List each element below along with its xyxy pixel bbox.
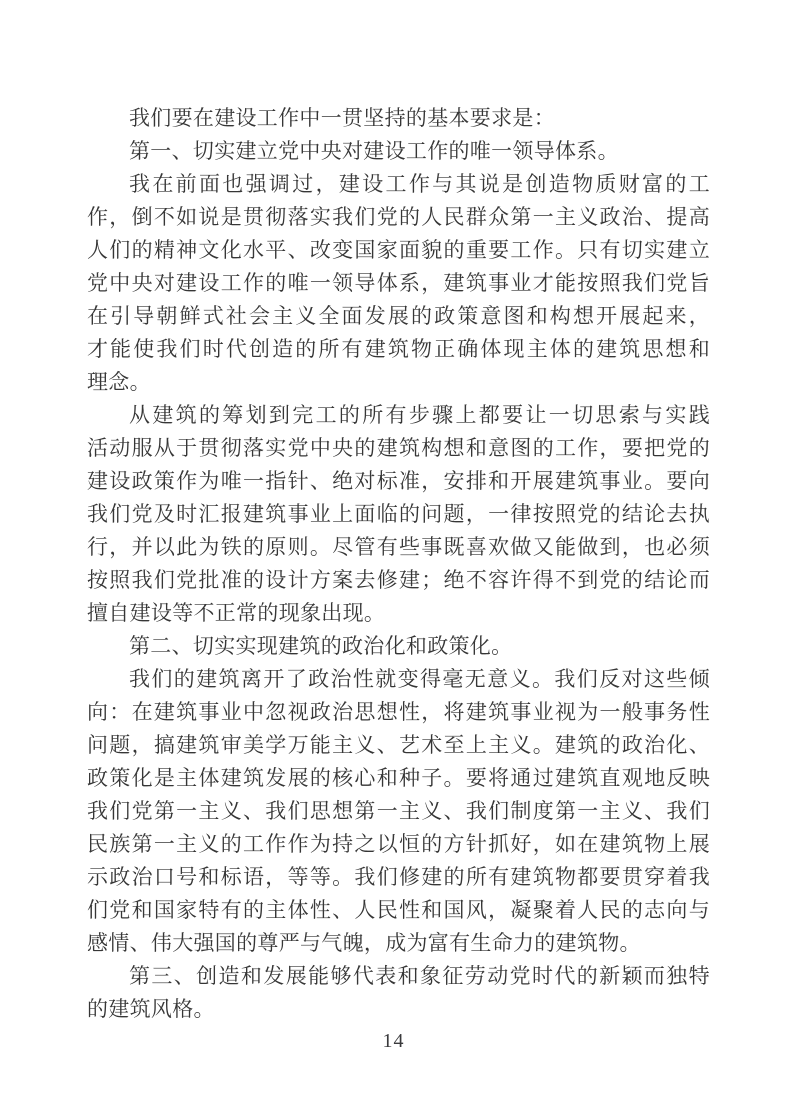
- text-line: 理念。: [87, 366, 710, 399]
- text-line: 我们要在建设工作中一贯坚持的基本要求是：: [87, 102, 710, 135]
- text-line: 问题，搞建筑审美学万能主义、艺术至上主义。建筑的政治化、: [87, 729, 710, 762]
- text-line: 我们党第一主义、我们思想第一主义、我们制度第一主义、我们: [87, 795, 710, 828]
- text-line: 活动服从于贯彻落实党中央的建筑构想和意图的工作，要把党的: [87, 432, 710, 465]
- text-line: 擅自建设等不正常的现象出现。: [87, 597, 710, 630]
- text-line: 示政治口号和标语，等等。我们修建的所有建筑物都要贯穿着我: [87, 861, 710, 894]
- text-line: 感情、伟大强国的尊严与气魄，成为富有生命力的建筑物。: [87, 927, 710, 960]
- text-line: 第二、切实实现建筑的政治化和政策化。: [87, 630, 710, 663]
- text-line: 作，倒不如说是贯彻落实我们党的人民群众第一主义政治、提高: [87, 201, 710, 234]
- text-line: 第一、切实建立党中央对建设工作的唯一领导体系。: [87, 135, 710, 168]
- body-text: 我们要在建设工作中一贯坚持的基本要求是： 第一、切实建立党中央对建设工作的唯一领…: [87, 102, 710, 1026]
- text-line: 建设政策作为唯一指针、绝对标准，安排和开展建筑事业。要向: [87, 465, 710, 498]
- document-page: 我们要在建设工作中一贯坚持的基本要求是： 第一、切实建立党中央对建设工作的唯一领…: [0, 0, 787, 1116]
- text-line: 行，并以此为铁的原则。尽管有些事既喜欢做又能做到，也必须: [87, 531, 710, 564]
- text-line: 才能使我们时代创造的所有建筑物正确体现主体的建筑思想和: [87, 333, 710, 366]
- text-line: 我们党及时汇报建筑事业上面临的问题，一律按照党的结论去执: [87, 498, 710, 531]
- text-line: 向：在建筑事业中忽视政治思想性，将建筑事业视为一般事务性: [87, 696, 710, 729]
- text-line: 我在前面也强调过，建设工作与其说是创造物质财富的工: [87, 168, 710, 201]
- text-line: 从建筑的筹划到完工的所有步骤上都要让一切思索与实践: [87, 399, 710, 432]
- text-line: 我们的建筑离开了政治性就变得毫无意义。我们反对这些倾: [87, 663, 710, 696]
- text-line: 第三、创造和发展能够代表和象征劳动党时代的新颖而独特: [87, 960, 710, 993]
- text-line: 按照我们党批准的设计方案去修建；绝不容许得不到党的结论而: [87, 564, 710, 597]
- page-number: 14: [0, 1030, 787, 1053]
- text-line: 党中央对建设工作的唯一领导体系，建筑事业才能按照我们党旨: [87, 267, 710, 300]
- text-line: 政策化是主体建筑发展的核心和种子。要将通过建筑直观地反映: [87, 762, 710, 795]
- text-line: 民族第一主义的工作作为持之以恒的方针抓好，如在建筑物上展: [87, 828, 710, 861]
- text-line: 的建筑风格。: [87, 993, 710, 1026]
- text-line: 们党和国家特有的主体性、人民性和国风，凝聚着人民的志向与: [87, 894, 710, 927]
- text-line: 在引导朝鲜式社会主义全面发展的政策意图和构想开展起来，: [87, 300, 710, 333]
- text-line: 人们的精神文化水平、改变国家面貌的重要工作。只有切实建立: [87, 234, 710, 267]
